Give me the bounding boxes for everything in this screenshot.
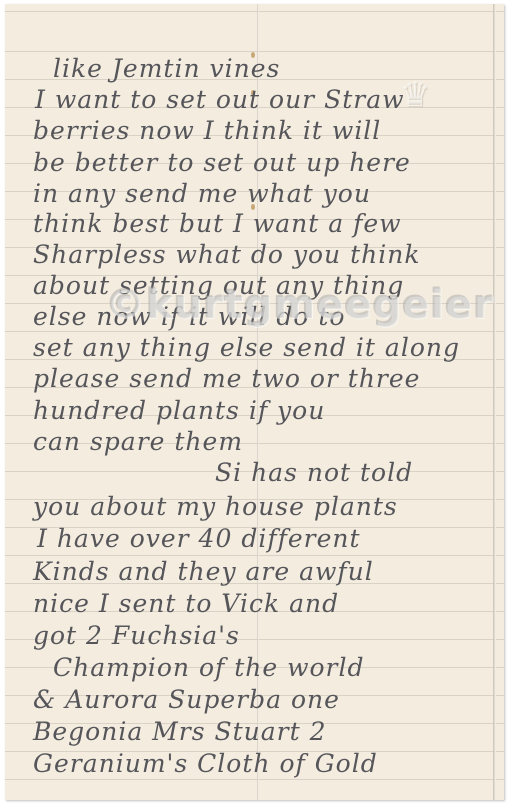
text-line: nice I sent to Vick and <box>33 589 339 618</box>
text-line: please send me two or three <box>33 364 420 393</box>
text-line: berries now I think it will <box>33 116 381 145</box>
copyright-watermark: ©kurtgmeegeier <box>105 282 494 328</box>
text-line: & Aurora Superba one <box>33 685 340 714</box>
text-line: Kinds and they are awful <box>33 557 374 586</box>
text-line: Geranium's Cloth of Gold <box>33 749 378 778</box>
page-edge <box>493 4 496 800</box>
text-line: got 2 Fuchsia's <box>33 621 240 650</box>
text-line: can spare them <box>33 427 243 456</box>
text-line: in any send me what you <box>33 179 371 208</box>
text-line: think best but I want a few <box>33 209 402 238</box>
text-line: I have over 40 different <box>37 524 361 553</box>
text-line: Sharpless what do you think <box>33 240 421 269</box>
text-line: Begonia Mrs Stuart 2 <box>33 717 327 746</box>
text-line: set any thing else send it along <box>33 333 460 362</box>
letter-page: ♛ like Jemtin vines I want to set out ou… <box>5 4 504 800</box>
text-line: you about my house plants <box>33 492 398 521</box>
text-line: be better to set out up here <box>33 148 411 177</box>
text-line: hundred plants if you <box>33 396 325 425</box>
text-line: I want to set out our Straw <box>35 85 405 114</box>
text-line: like Jemtin vines <box>53 54 280 83</box>
text-line: Champion of the world <box>53 653 364 682</box>
text-line: Si has not told <box>215 458 413 487</box>
